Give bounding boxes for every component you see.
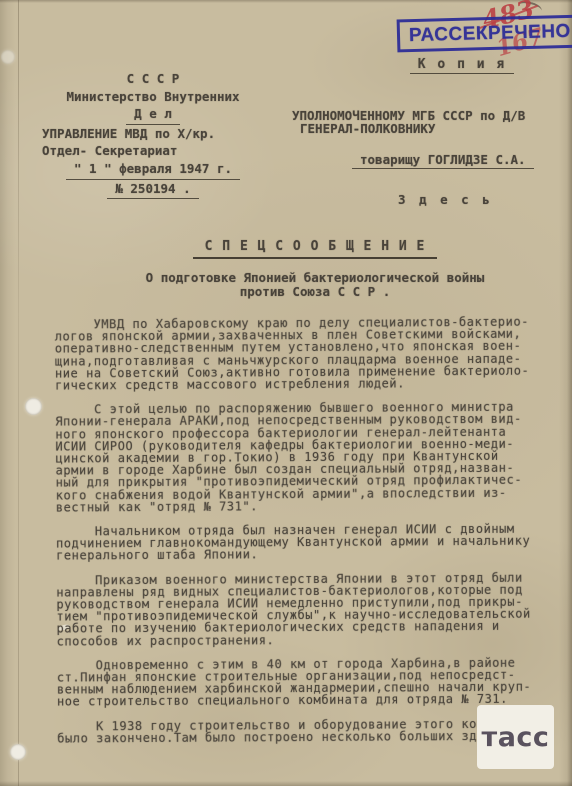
addressee-rank: ГЕНЕРАЛ-ПОЛКОВНИКУ: [300, 121, 435, 136]
letterhead-date: " 1 " февраля 1947 г.: [34, 160, 272, 180]
document-page: 483 167 РАССЕКРЕЧЕНО К о п и я С С С Р М…: [0, 0, 572, 786]
subtitle-line: О подготовке Японией бактериологической …: [60, 271, 570, 285]
tass-watermark-text: тасс: [482, 722, 550, 753]
paragraph: С этой целью по распоряжению бывшего вое…: [55, 401, 568, 514]
paragraph: Приказом военного министерства Японии в …: [56, 571, 568, 647]
punch-hole: [10, 744, 26, 760]
punch-hole: [1, 50, 15, 64]
document-heading: С П Е Ц С О О Б Щ Е Н И Е: [193, 239, 438, 259]
document-title-block: С П Е Ц С О О Б Щ Е Н И Е О подготовке Я…: [60, 239, 570, 299]
letterhead-ministry-suffix-text: Д е л: [126, 105, 180, 125]
letterhead: С С С Р Министерство Внутренних Д е л УП…: [34, 70, 272, 199]
addressee-block: УПОЛНОМОЧЕННОМУ МГБ СССР по Д/В ГЕНЕРАЛ-…: [292, 108, 568, 218]
paragraph: Одновременно с этим в 40 км от города Ха…: [57, 656, 569, 708]
addressee-name: товарищу ГОГЛИДЗЕ С.А.: [352, 152, 534, 169]
letterhead-ministry-suffix: Д е л: [34, 105, 272, 125]
letterhead-date-text: " 1 " февраля 1947 г.: [66, 160, 240, 180]
paragraph: Начальником отряда был назначен генерал …: [56, 522, 568, 562]
tass-watermark: тасс: [477, 705, 554, 769]
letterhead-number-text: № 250194 .: [107, 180, 198, 200]
letterhead-number: № 250194 .: [34, 180, 272, 200]
subtitle-line: против Союза С С Р .: [60, 285, 570, 299]
addressee-location: З д е с ь: [398, 192, 493, 207]
paragraph: УМВД по Хабаровскому краю по делу специа…: [55, 315, 567, 391]
letterhead-ministry: Министерство Внутренних: [34, 88, 272, 106]
document-subtitle: О подготовке Японией бактериологической …: [60, 271, 570, 299]
letterhead-department: Отдел- Секретариат: [34, 142, 272, 160]
fold-crease: [18, 0, 19, 786]
punch-hole: [25, 398, 42, 415]
letterhead-directorate: УПРАВЛЕНИЕ МВД по Х/кр.: [34, 125, 272, 143]
letterhead-country: С С С Р: [34, 70, 272, 88]
copy-label-text: К о п и я: [410, 57, 514, 74]
declassified-stamp: РАССЕКРЕЧЕНО: [397, 15, 572, 53]
document-body: УМВД по Хабаровскому краю по делу специа…: [55, 315, 570, 756]
copy-label: К о п и я: [402, 57, 522, 74]
addressee-name-text: товарищу ГОГЛИДЗЕ С.А.: [352, 152, 534, 169]
